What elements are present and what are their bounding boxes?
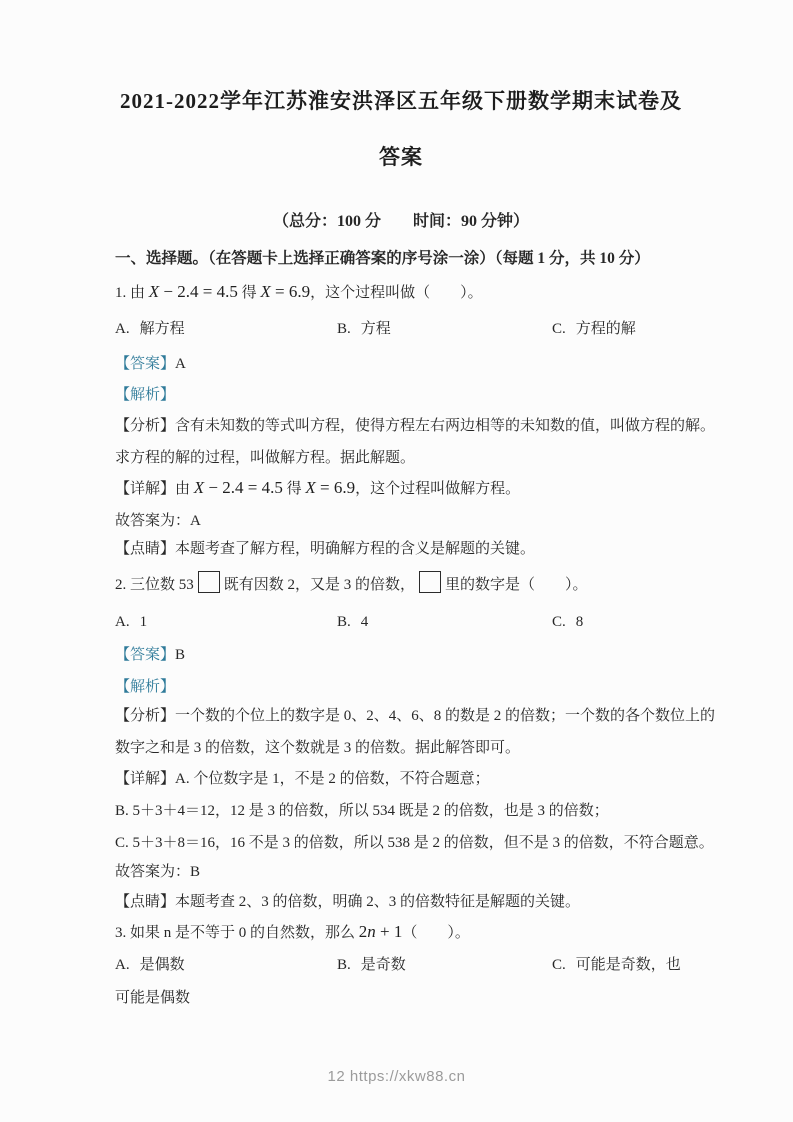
- page-title-text: 2021-2022学年江苏淮安洪泽区五年级下册数学期末试卷及: [120, 89, 682, 113]
- option-text: 8: [576, 614, 584, 630]
- detail-text: 【详解】A. 个位数字是 1，不是 2 的倍数，不符合题意；: [115, 771, 490, 787]
- analysis-text: 求方程的解的过程，叫做解方程。据此解题。: [115, 450, 415, 466]
- question-2-analysis-1: 【分析】一个数的个位上的数字是 0、2、4、6、8 的数是 2 的倍数；一个数的…: [115, 705, 687, 727]
- page-title-line-1: 2021-2022学年江苏淮安洪泽区五年级下册数学期末试卷及: [115, 90, 687, 112]
- question-3-option-c-wrap: 可能是偶数: [115, 987, 687, 1009]
- stem-text: 里的数字是（ ）。: [445, 577, 588, 593]
- question-2-analysis-label: 【解析】: [115, 676, 687, 698]
- footer-url: https://xkw88.cn: [350, 1068, 466, 1085]
- answer-value: B: [175, 647, 185, 663]
- question-1-stem: 1. 由 X − 2.4 = 4.5 得 X = 6.9，这个过程叫做（ ）。: [115, 281, 687, 304]
- equation-1: X − 2.4 = 4.5: [194, 478, 283, 497]
- detail-text: B. 5＋3＋4＝12，12 是 3 的倍数，所以 534 既是 2 的倍数，也…: [115, 803, 609, 819]
- option-key: C.: [552, 321, 566, 337]
- blank-box: [419, 571, 441, 593]
- page-title-text-2: 答案: [379, 145, 423, 169]
- option-key: A.: [115, 957, 130, 973]
- question-2-conclusion: 故答案为：B: [115, 861, 687, 883]
- option-text: 可能是奇数，也: [576, 957, 681, 973]
- analysis-text: 数字之和是 3 的倍数，这个数就是 3 的倍数。据此解答即可。: [115, 740, 520, 756]
- stem-text: 得: [238, 285, 261, 301]
- question-2-number: 2. 三位数 53: [115, 577, 194, 593]
- option-c: C.8: [552, 611, 583, 633]
- detail-text: ，这个过程叫做解方程。: [355, 481, 520, 497]
- question-3-stem: 3. 如果 n 是不等于 0 的自然数，那么 2n + 1（ ）。: [115, 921, 687, 944]
- option-key: B.: [337, 614, 351, 630]
- section-heading: 一、选择题。（在答题卡上选择正确答案的序号涂一涂）（每题 1 分，共 10 分）: [115, 248, 687, 270]
- stem-text: （ ）。: [402, 925, 470, 941]
- question-3-number: 3. 如果 n 是不等于 0 的自然数，那么: [115, 925, 359, 941]
- analysis-text: 【分析】含有未知数的等式叫方程，使得方程左右两边相等的未知数的值，叫做方程的解。: [115, 418, 715, 434]
- exam-content: 2021-2022学年江苏淮安洪泽区五年级下册数学期末试卷及 答案 （总分：10…: [115, 0, 687, 1122]
- option-a: A.1: [115, 611, 147, 633]
- equation-rest: = 6.9: [271, 282, 310, 301]
- question-1-detail: 【详解】由 X − 2.4 = 4.5 得 X = 6.9，这个过程叫做解方程。: [115, 477, 687, 500]
- option-text: 解方程: [140, 321, 185, 337]
- option-key: B.: [337, 321, 351, 337]
- option-key: C.: [552, 957, 566, 973]
- note-text: 【点睛】本题考查 2、3 的倍数，明确 2、3 的倍数特征是解题的关键。: [115, 894, 580, 910]
- answer-label: 【答案】: [115, 356, 175, 372]
- option-c: C.可能是奇数，也: [552, 954, 681, 976]
- option-text: 是偶数: [140, 957, 185, 973]
- option-text: 是奇数: [361, 957, 406, 973]
- stem-text: ，这个过程叫做（ ）。: [310, 285, 483, 301]
- equation-variable: X: [260, 282, 270, 301]
- question-2-note: 【点睛】本题考查 2、3 的倍数，明确 2、3 的倍数特征是解题的关键。: [115, 891, 687, 913]
- exam-meta: （总分：100 分 时间：90 分钟）: [115, 211, 687, 233]
- question-1-analysis-2: 求方程的解的过程，叫做解方程。据此解题。: [115, 447, 687, 469]
- equation-rest: − 2.4 = 4.5: [159, 282, 238, 301]
- question-2-detail-c: C. 5＋3＋8＝16，16 不是 3 的倍数，所以 538 是 2 的倍数，但…: [115, 832, 687, 854]
- equation-variable: X: [305, 478, 315, 497]
- question-1-analysis-label: 【解析】: [115, 384, 687, 406]
- detail-text: 【详解】由: [115, 481, 194, 497]
- equation-2: X = 6.9: [305, 478, 355, 497]
- blank-box: [198, 571, 220, 593]
- detail-text: 得: [283, 481, 306, 497]
- question-1-analysis-1: 【分析】含有未知数的等式叫方程，使得方程左右两边相等的未知数的值，叫做方程的解。: [115, 415, 687, 437]
- option-a: A.是偶数: [115, 954, 185, 976]
- exam-meta-text: （总分：100 分 时间：90 分钟）: [273, 213, 529, 230]
- page-title-line-2: 答案: [115, 146, 687, 168]
- question-1-number: 1. 由: [115, 285, 149, 301]
- equation-variable: n: [367, 922, 376, 941]
- option-text: 方程: [361, 321, 391, 337]
- question-2-stem: 2. 三位数 53既有因数 2，又是 3 的倍数，里的数字是（ ）。: [115, 571, 687, 596]
- option-text: 4: [361, 614, 369, 630]
- section-heading-text: 一、选择题。（在答题卡上选择正确答案的序号涂一涂）（每题 1 分，共 10 分）: [115, 250, 650, 267]
- question-2-analysis-2: 数字之和是 3 的倍数，这个数就是 3 的倍数。据此解答即可。: [115, 737, 687, 759]
- option-text: 1: [140, 614, 148, 630]
- question-1-note: 【点睛】本题考查了解方程，明确解方程的含义是解题的关键。: [115, 538, 687, 560]
- option-c: C.方程的解: [552, 318, 636, 340]
- conclusion-text: 故答案为：B: [115, 864, 200, 880]
- equation-coefficient: 2: [359, 922, 368, 941]
- option-key: C.: [552, 614, 566, 630]
- option-key: A.: [115, 614, 130, 630]
- question-1-answer-line: 【答案】A: [115, 353, 687, 375]
- page-footer: 12 https://xkw88.cn: [0, 1068, 793, 1085]
- option-text: 方程的解: [576, 321, 636, 337]
- option-text-wrap: 可能是偶数: [115, 990, 190, 1006]
- detail-text: C. 5＋3＋8＝16，16 不是 3 的倍数，所以 538 是 2 的倍数，但…: [115, 835, 714, 851]
- stem-text: 既有因数 2，又是 3 的倍数，: [224, 577, 415, 593]
- analysis-text: 【分析】一个数的个位上的数字是 0、2、4、6、8 的数是 2 的倍数；一个数的…: [115, 708, 715, 724]
- equation-2: X = 6.9: [260, 282, 310, 301]
- option-b: B.4: [337, 611, 368, 633]
- equation-rest: − 2.4 = 4.5: [204, 478, 283, 497]
- option-key: A.: [115, 321, 130, 337]
- equation-variable: X: [194, 478, 204, 497]
- answer-value: A: [175, 356, 186, 372]
- option-b: B.方程: [337, 318, 391, 340]
- note-text: 【点睛】本题考查了解方程，明确解方程的含义是解题的关键。: [115, 541, 535, 557]
- expression-2n-plus-1: 2n + 1: [359, 922, 403, 941]
- answer-label: 【答案】: [115, 647, 175, 663]
- equation-rest: + 1: [376, 922, 403, 941]
- equation-1: X − 2.4 = 4.5: [149, 282, 238, 301]
- question-2-detail-a: 【详解】A. 个位数字是 1，不是 2 的倍数，不符合题意；: [115, 768, 687, 790]
- page-number: 12: [328, 1068, 346, 1085]
- question-2-detail-b: B. 5＋3＋4＝12，12 是 3 的倍数，所以 534 既是 2 的倍数，也…: [115, 800, 687, 822]
- option-a: A.解方程: [115, 318, 185, 340]
- question-1-conclusion: 故答案为：A: [115, 510, 687, 532]
- exam-page: 2021-2022学年江苏淮安洪泽区五年级下册数学期末试卷及 答案 （总分：10…: [0, 0, 793, 1122]
- question-2-answer-line: 【答案】B: [115, 644, 687, 666]
- analysis-label: 【解析】: [115, 679, 175, 695]
- equation-rest: = 6.9: [316, 478, 355, 497]
- option-b: B.是奇数: [337, 954, 406, 976]
- conclusion-text: 故答案为：A: [115, 513, 201, 529]
- analysis-label: 【解析】: [115, 387, 175, 403]
- equation-variable: X: [149, 282, 159, 301]
- option-key: B.: [337, 957, 351, 973]
